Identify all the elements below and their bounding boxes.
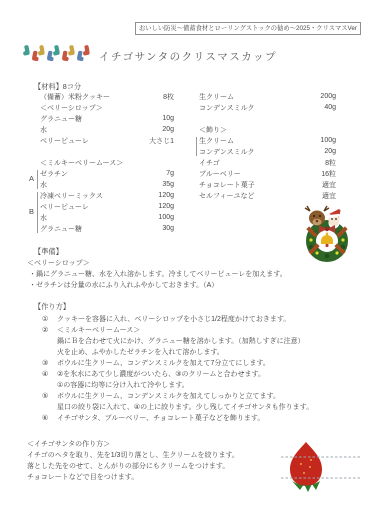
ingredients-right-column: 生クリーム200g コンデンスミルク40g ＜飾り＞ 生クリーム100g コンデ… <box>199 91 336 201</box>
ingredient-row: ＜ミルキーベリームース＞ <box>40 157 174 168</box>
ingredient-row: ゼラチン7g <box>40 168 174 179</box>
christmas-stockings-icon <box>23 44 93 73</box>
decoration-group-bracket <box>196 137 197 156</box>
step-number: ③ <box>42 359 57 367</box>
spacer-row <box>40 146 174 157</box>
step-row: ⑥イチゴサンタ、ブルーベリー、チョコレート菓子などを飾ります。 <box>42 412 362 423</box>
ingredient-name: 生クリーム <box>199 92 234 102</box>
ingredient-name: ゼラチン <box>40 169 68 179</box>
santa-howto-line: チョコレートなどで目をつけます。 <box>27 472 138 482</box>
ingredient-name: （備蓄）米粉クッキー <box>40 92 110 102</box>
ingredient-amount: 適宜 <box>322 191 336 201</box>
ingredient-amount: 20g <box>324 148 336 155</box>
ingredient-row: 水100g <box>40 212 174 223</box>
ingredient-name: ベリーピューレ <box>40 136 89 146</box>
ingredient-row: グラニュー糖10g <box>40 113 174 124</box>
spacer-row <box>199 113 336 124</box>
ingredient-row: イチゴ8粒 <box>199 157 336 168</box>
ingredient-amount: 適宜 <box>322 180 336 190</box>
group-a-bracket <box>37 170 38 189</box>
page-title: イチゴサンタのクリスマスカップ <box>99 49 277 64</box>
ingredient-row: ベリーピューレ120g <box>40 201 174 212</box>
ingredient-name: グラニュー糖 <box>40 114 82 124</box>
ingredient-amount: 35g <box>162 181 174 188</box>
ingredient-amount: 7g <box>166 170 174 177</box>
ingredient-amount: 10g <box>162 115 174 122</box>
ingredient-name: セルフィーユなど <box>199 191 254 201</box>
instructions-heading: 【作り方】 <box>34 302 70 312</box>
preparation-subheading: ＜ベリーシロップ＞ <box>27 258 90 268</box>
ingredient-row: ＜ベリーシロップ＞ <box>40 102 174 113</box>
ingredient-amount: 30g <box>162 225 174 232</box>
ingredient-row: 生クリーム100g <box>199 135 336 146</box>
ingredient-row: 冷凍ベリーミックス120g <box>40 190 174 201</box>
ingredient-row: 水35g <box>40 179 174 190</box>
step-row: ④②を氷水にあて少し濃度がついたら、③のクリームと合わせます。 <box>42 368 362 379</box>
ingredient-name: コンデンスミルク <box>199 103 255 113</box>
preparation-heading: 【準備】 <box>34 247 63 257</box>
ingredient-name: ブルーベリー <box>199 169 241 179</box>
ingredient-name: 水 <box>40 180 47 190</box>
ingredient-name: イチゴ <box>199 158 220 168</box>
ingredient-amount: 20g <box>162 126 174 133</box>
christmas-wreath-icon <box>298 202 356 269</box>
ingredient-row: セルフィーユなど適宜 <box>199 190 336 201</box>
ingredient-amount: 200g <box>320 93 336 100</box>
ingredient-row: コンデンスミルク20g <box>199 146 336 157</box>
step-row: ⑤ボウルに生クリーム、コンデンスミルクを加えてしっかりと立てます。 <box>42 390 362 401</box>
ingredient-name: 生クリーム <box>199 136 234 146</box>
ingredient-amount: 16粒 <box>321 169 336 179</box>
santa-howto-heading: ＜イチゴサンタの作り方＞ <box>27 439 110 449</box>
group-b-label: B <box>29 207 34 216</box>
ingredient-row: ブルーベリー16粒 <box>199 168 336 179</box>
step-row: ③ボウルに生クリーム、コンデンスミルクを加えて7分立てにします。 <box>42 357 362 368</box>
ingredient-row: コンデンスミルク40g <box>199 102 336 113</box>
group-a-label: A <box>29 174 34 183</box>
recipe-document: おいしい防災～備蓄食材とローリングストックの勧め～2025・クリスマスVer イ… <box>0 0 368 520</box>
ingredient-row: （備蓄）米粉クッキー8枚 <box>40 91 174 102</box>
ingredient-subheading: ＜ミルキーベリームース＞ <box>40 158 123 168</box>
header-banner: おいしい防災～備蓄食材とローリングストックの勧め～2025・クリスマスVer <box>135 22 361 35</box>
ingredient-row: 生クリーム200g <box>199 91 336 102</box>
ingredient-amount: 8粒 <box>325 158 336 168</box>
ingredient-amount: 40g <box>324 104 336 111</box>
ingredient-name: グラニュー糖 <box>40 224 82 234</box>
ingredient-amount: 100g <box>320 137 336 144</box>
step-continuation: 星口の絞り袋に入れて、④の上に絞ります。少し残してイチゴサンタも作ります。 <box>42 401 362 412</box>
ingredient-name: チョコレート菓子 <box>199 180 255 190</box>
ingredient-row: グラニュー糖30g <box>40 223 174 234</box>
step-continuation: ①の容器に均等に分け入れて冷やします。 <box>42 379 362 390</box>
step-number: ④ <box>42 370 57 378</box>
group-b-bracket <box>37 192 38 233</box>
step-row: ①クッキーを容器に入れ、ベリーシロップを小さじ1/2程度かけておきます。 <box>42 313 362 324</box>
ingredient-row: ベリーピューレ大さじ1 <box>40 135 174 146</box>
ingredient-name: 水 <box>40 125 47 135</box>
ingredient-amount: 大さじ1 <box>149 136 174 146</box>
ingredient-amount: 8枚 <box>163 92 174 102</box>
ingredient-name: コンデンスミルク <box>199 147 255 157</box>
step-number: ① <box>42 315 57 323</box>
ingredient-name: 冷凍ベリーミックス <box>40 191 103 201</box>
santa-howto-line: 落とした先をのせて、とんがりの部分にもクリームをつけます。 <box>27 461 229 471</box>
ingredient-amount: 100g <box>158 214 174 221</box>
strawberry-cut-guide-icon <box>281 440 361 499</box>
preparation-line: ・鍋にグラニュー糖、水を入れ溶かします。冷ましてベリーピューレを加えます。 <box>29 269 287 279</box>
instructions-steps: ①クッキーを容器に入れ、ベリーシロップを小さじ1/2程度かけておきます。 ②＜ミ… <box>42 313 362 423</box>
ingredient-subheading: ＜飾り＞ <box>199 125 227 135</box>
step-continuation: 鍋にＢを合わせて火にかけ、グラニュー糖を溶かします。（加熱しすぎに注意） <box>42 335 362 346</box>
ingredient-name: ベリーピューレ <box>40 202 89 212</box>
ingredient-amount: 120g <box>158 192 174 199</box>
ingredient-amount: 120g <box>158 203 174 210</box>
step-number: ② <box>42 326 57 334</box>
ingredient-subheading: ＜ベリーシロップ＞ <box>40 103 103 113</box>
step-continuation: 火を止め、ふやかしたゼラチンを入れて溶かします。 <box>42 346 362 357</box>
step-row: ②＜ミルキーベリームース＞ <box>42 324 362 335</box>
ingredient-row: 水20g <box>40 124 174 135</box>
ingredient-row: ＜飾り＞ <box>199 124 336 135</box>
ingredients-left-column: （備蓄）米粉クッキー8枚 ＜ベリーシロップ＞ グラニュー糖10g 水20g ベリ… <box>40 91 174 234</box>
ingredient-row: チョコレート菓子適宜 <box>199 179 336 190</box>
santa-howto-line: イチゴのヘタを取り、先を1/3切り落とし、生クリームを絞ります。 <box>27 450 239 460</box>
ingredient-name: 水 <box>40 213 47 223</box>
preparation-line: ・ゼラチンは分量の水にふり入れふやかしておきます。（A） <box>29 280 218 290</box>
step-number: ⑥ <box>42 414 57 422</box>
step-number: ⑤ <box>42 392 57 400</box>
